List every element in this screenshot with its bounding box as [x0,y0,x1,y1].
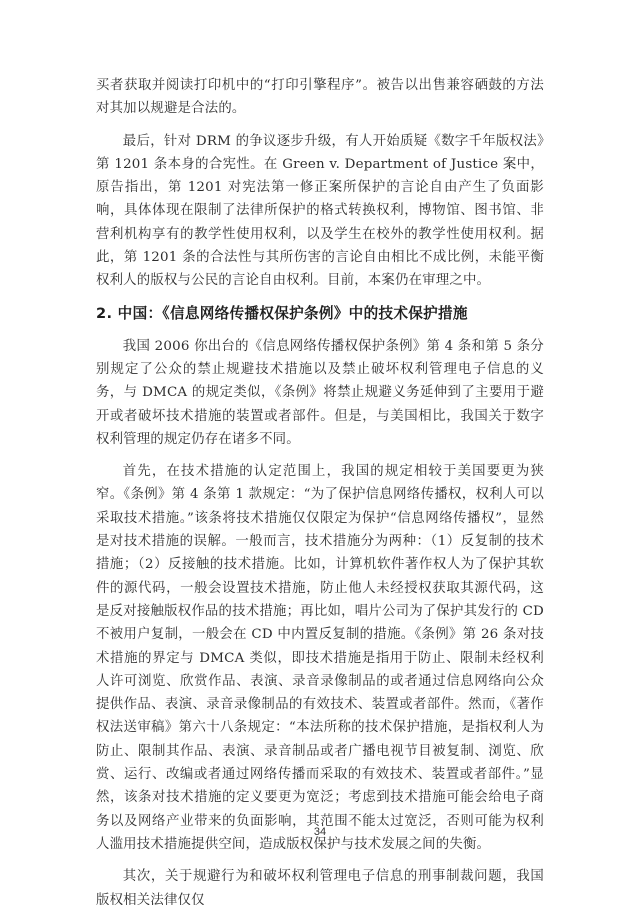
paragraph-criminal-sanctions: 其次，关于规避行为和破坏权利管理电子信息的刑事制裁问题，我国版权相关法律仅仅 [96,865,544,905]
paragraph-gap [96,326,544,335]
paragraph-gap [96,451,544,460]
paragraph-drm-constitutionality: 最后，针对 DRM 的争议逐步升级，有人开始质疑《数字千年版权法》第 1201 … [96,130,544,293]
page-number: 34 [0,826,640,838]
paragraph-gap [96,293,544,302]
paragraph-regulation-overview: 我国 2006 你出台的《信息网络传播权保护条例》第 4 条和第 5 条分别规定… [96,335,544,451]
section-heading: 2. 中国：《信息网络传播权保护条例》中的技术保护措施 [96,302,544,326]
paragraph-scope-of-measures: 首先，在技术措施的认定范围上，我国的规定相较于美国要更为狭窄。《条例》第 4 条… [96,460,544,856]
paragraph-continued: 买者获取并阅读打印机中的“打印引擎程序”。被告以出售兼容硒鼓的方法对其加以规避是… [96,74,544,121]
paragraph-gap [96,856,544,865]
document-page: 买者获取并阅读打印机中的“打印引擎程序”。被告以出售兼容硒鼓的方法对其加以规避是… [96,74,544,905]
paragraph-gap [96,121,544,130]
